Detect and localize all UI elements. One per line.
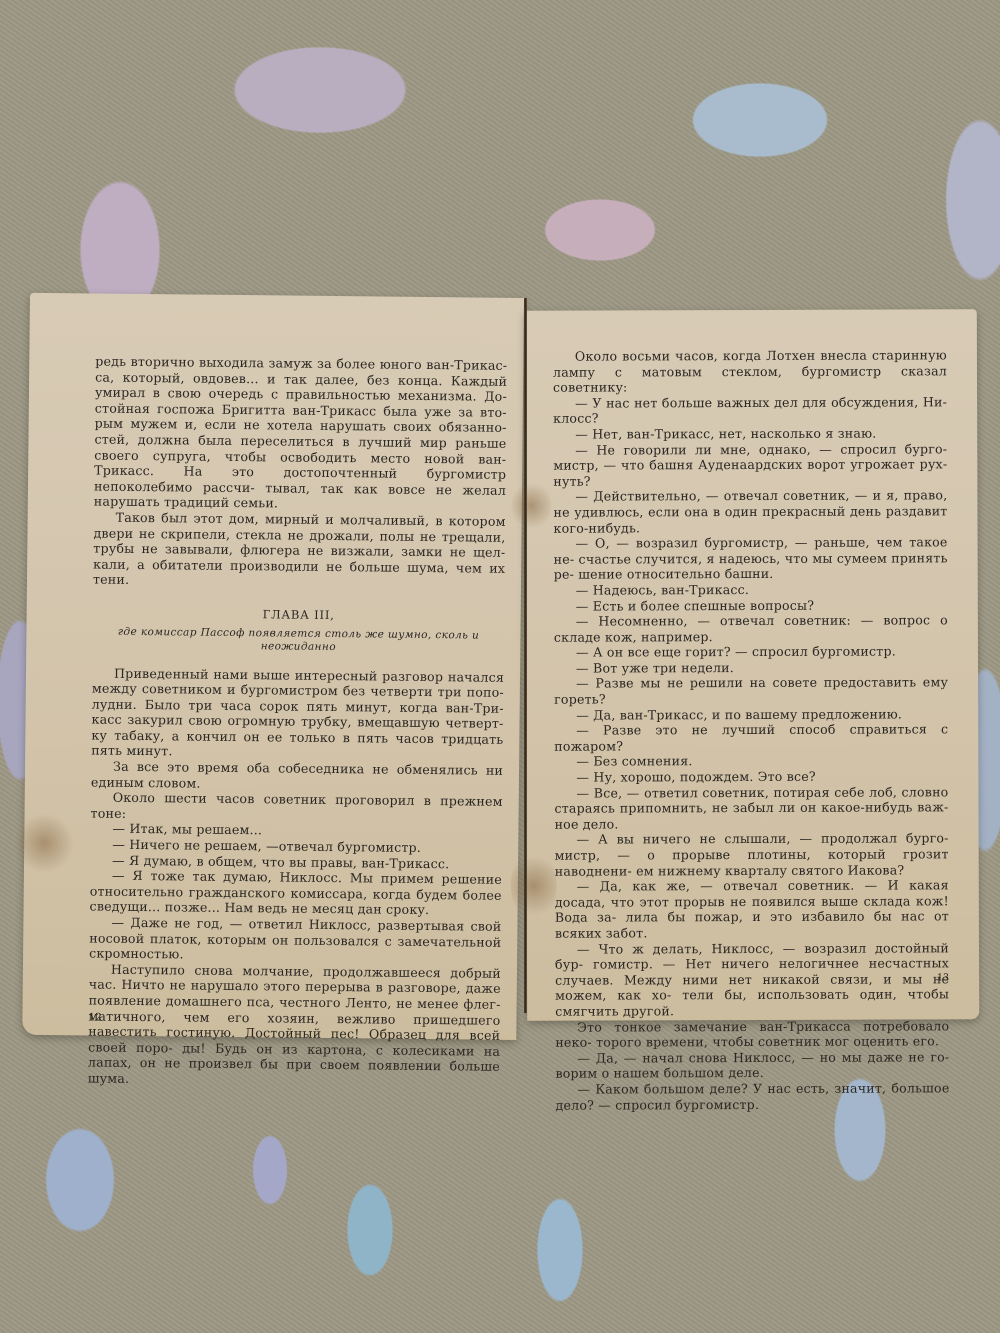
paragraph: — Все, — ответил советник, потирая себе …	[554, 784, 948, 832]
paragraph: Это тонкое замечание ван-Трикасса потреб…	[555, 1018, 949, 1051]
chapter-subtitle: где комиссар Пассоф появляется столь же …	[92, 625, 504, 655]
paragraph: Приведенный нами выше интересный разгово…	[91, 665, 504, 763]
paragraph: — А вы ничего не слышали, — продолжал бу…	[555, 831, 949, 879]
paragraph: — Нет, ван-Трикасс, нет, насколько я зна…	[553, 425, 947, 442]
paragraph: — Что ж делать, Никлосс, — возразил дост…	[555, 940, 949, 1019]
paragraph: — Да, ван-Трикасс, и по вашему предложен…	[554, 706, 948, 723]
paragraph: — Каком большом деле? У нас есть, значит…	[555, 1080, 949, 1113]
paragraph: — Да, — начал снова Никлосс, — но мы даж…	[555, 1049, 949, 1082]
left-page: редь вторично выходила замуж за более юн…	[22, 293, 524, 1040]
page-number-left: 12	[88, 1011, 101, 1023]
page-number-right: 13	[937, 972, 949, 983]
paragraph: Таков был этот дом, мирный и молчаливый,…	[93, 509, 506, 591]
paper-stain	[511, 851, 557, 921]
paragraph: — Несомненно, — отвечал советник: — вопр…	[554, 612, 948, 645]
paragraph: — Разве это не лучший способ справиться …	[554, 722, 948, 755]
right-page: Около восьми часов, когда Лотхен внесла …	[525, 309, 979, 1021]
chapter-title: ГЛАВА III,	[93, 605, 505, 625]
paragraph: — У нас нет больше важных дел для обсужд…	[553, 394, 947, 427]
paragraph: — Есть и более спешные вопросы?	[554, 597, 948, 614]
paragraph: — Вот уже три недели.	[554, 659, 948, 676]
right-paragraphs: Около восьми часов, когда Лотхен внесла …	[553, 347, 950, 1112]
paragraph: редь вторично выходила замуж за более юн…	[94, 354, 508, 514]
left-paragraphs-before-chapter: редь вторично выходила замуж за более юн…	[93, 354, 507, 592]
paragraph: — Не говорили ли мне, однако, — спросил …	[553, 441, 947, 489]
paper-stain	[14, 813, 75, 874]
paragraph: — Даже не год, — ответил Никлосс, развер…	[89, 914, 501, 965]
paragraph: Около восьми часов, когда Лотхен внесла …	[553, 347, 947, 395]
paper-stain	[511, 481, 551, 531]
paragraph: Наступило снова молчание, продолжавшееся…	[88, 961, 501, 1090]
paragraph: — Ну, хорошо, подождем. Это все?	[554, 768, 948, 785]
paragraph: — Действительно, — отвечал советник, — и…	[553, 488, 947, 536]
left-paragraphs-after-chapter: Приведенный нами выше интересный разгово…	[88, 665, 504, 1090]
paragraph: Около шести часов советник проговорил в …	[91, 790, 503, 826]
paragraph: — Разве мы не решили на совете предостав…	[554, 675, 948, 708]
paragraph: — Без сомнения.	[554, 753, 948, 770]
book-spine	[524, 298, 527, 1013]
right-page-text: Около восьми часов, когда Лотхен внесла …	[553, 347, 950, 1112]
paragraph: За все это время оба собеседника не обме…	[91, 759, 503, 795]
paragraph: — Надеюсь, ван-Трикасс.	[554, 581, 948, 598]
left-page-text: редь вторично выходила замуж за более юн…	[88, 354, 508, 1091]
paragraph: — Я тоже так думаю, Никлосс. Мы примем р…	[90, 868, 502, 919]
paragraph: — Да, как же, — отвечал советник. — И ка…	[555, 878, 949, 942]
paragraph: — О, — возразил бургомистр, — раньше, че…	[554, 534, 948, 582]
paragraph: — А он все еще горит? — спросил бургомис…	[554, 644, 948, 661]
open-booklet: редь вторично выходила замуж за более юн…	[30, 298, 978, 1040]
